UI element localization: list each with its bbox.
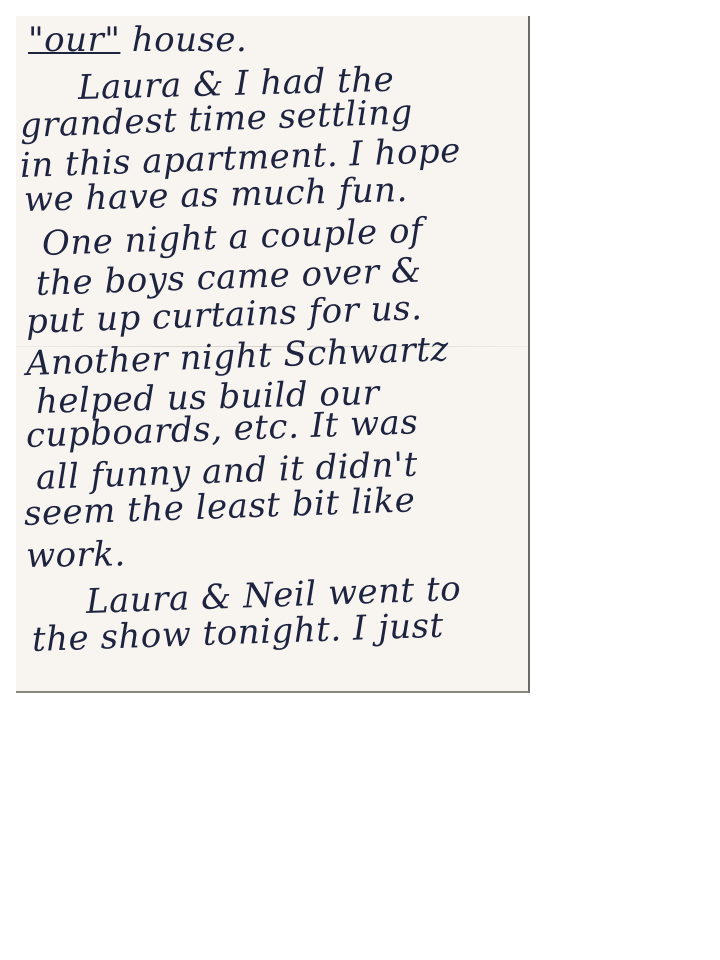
letter-line-14: work.: [26, 534, 126, 576]
letter-page: "our" house. Laura & I had the grandest …: [16, 16, 530, 693]
underlined-word: "our": [28, 20, 120, 60]
letter-line-1: "our" house.: [28, 20, 247, 60]
